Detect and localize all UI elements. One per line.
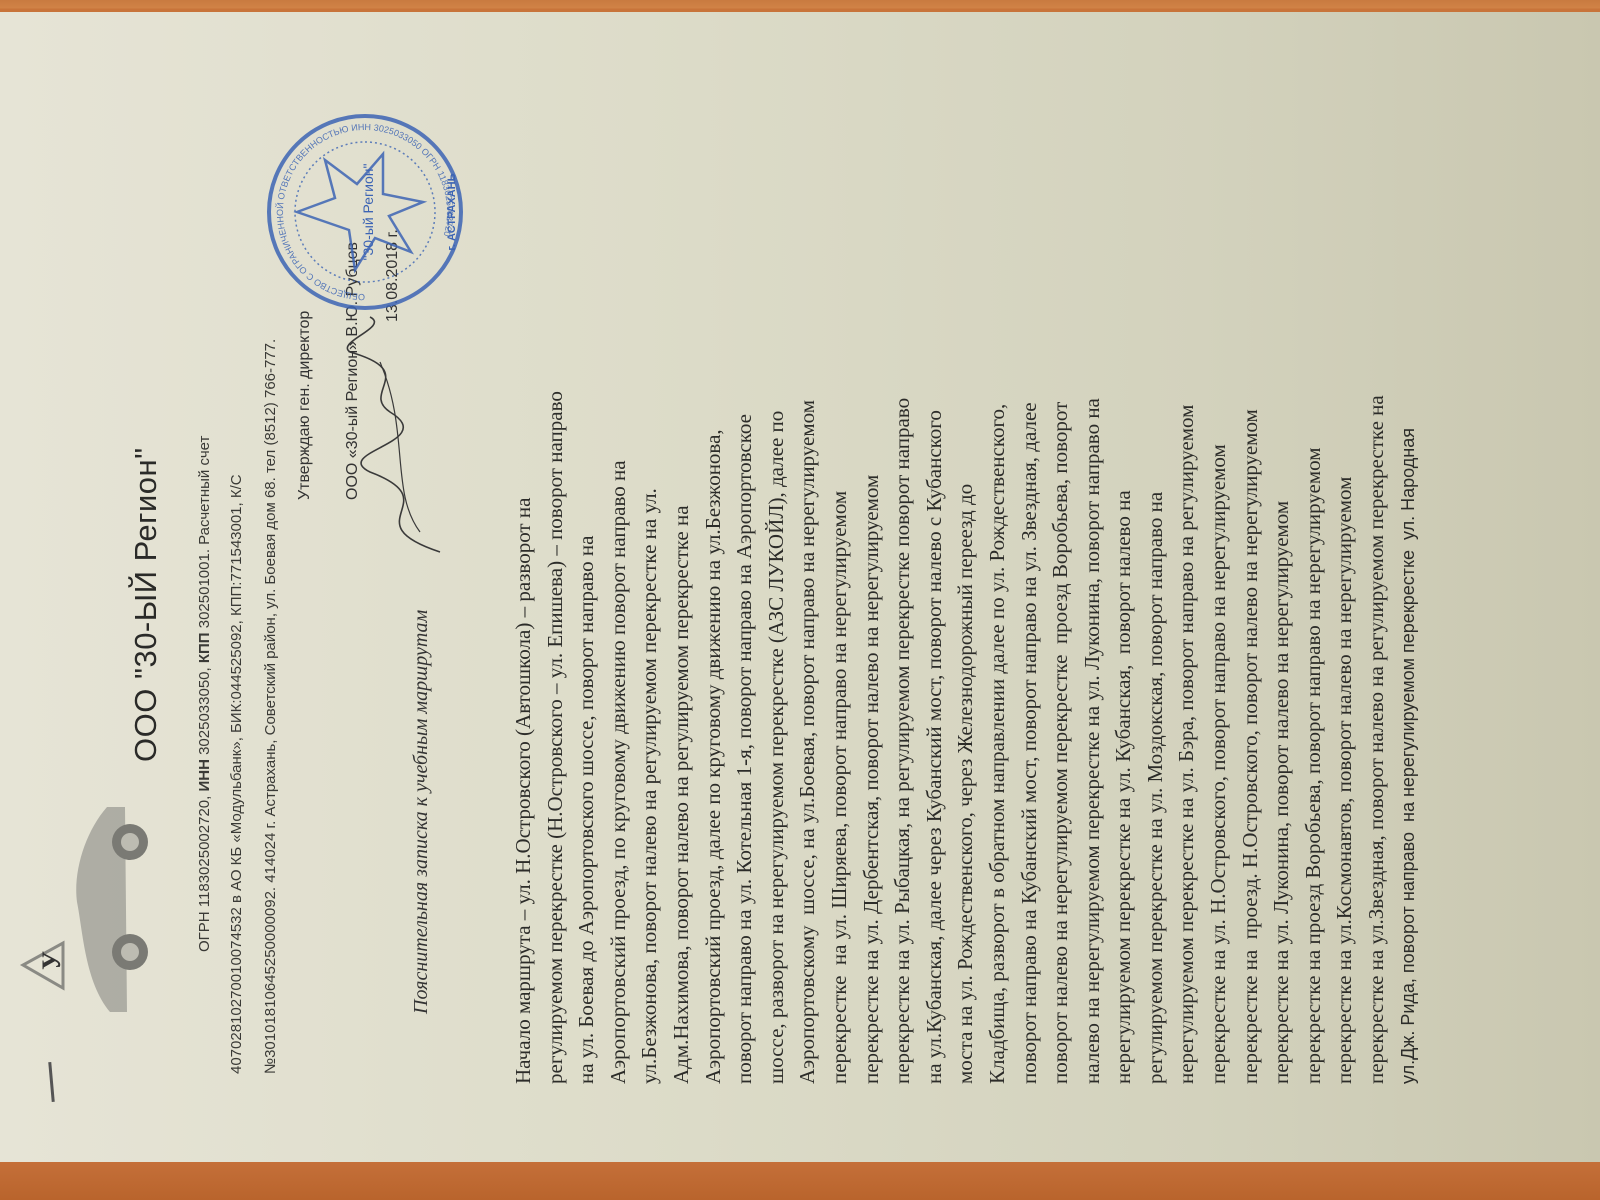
driving-school-car-with-triangle-sign-icon: У — [15, 792, 165, 1022]
requisites-line-1: ОГРН 1183025002720, ИНН 3025033050, КПП … — [196, 436, 213, 952]
route-line: Адм.Нахимова, поворот налево на регулиру… — [666, 4, 698, 1084]
route-line: ул.Дж. Рида, поворот направо на нерегули… — [1393, 4, 1425, 1084]
round-company-seal-icon: ОБЩЕСТВО С ОГРАНИЧЕННОЙ ОТВЕТСТВЕННОСТЬЮ… — [265, 112, 465, 312]
route-line: Аэропортовский проезд, далее по круговом… — [698, 4, 730, 1084]
route-line: перекрестке на ул. Рыбацкая, на регулиру… — [887, 4, 919, 1084]
route-line: ул.Безжонова, поворот налево на регулиру… — [634, 4, 666, 1084]
route-line: перекрестке на ул.Космонавтов, поворот н… — [1329, 4, 1361, 1084]
route-line: регулируемом перекрестке (Н.Островского … — [540, 4, 572, 1084]
route-line: моста на ул. Рождественского, через Желе… — [950, 4, 982, 1084]
paper-sheet: У ООО "30-ЫЙ Регион" ОГРН 1183025002720,… — [0, 12, 1600, 1162]
inn-value: 3025033050, — [196, 663, 213, 759]
route-line: перекрестке на проезд Воробьева, поворот… — [1298, 4, 1330, 1084]
requisites-line-3: №30101810645250000092. 414024 г. Астраха… — [262, 339, 279, 1074]
route-line: поворот направо на ул. Котельная 1-я, по… — [729, 4, 761, 1084]
route-line: поворот налево на нерегулируемом перекре… — [1045, 4, 1077, 1084]
route-line: шоссе, разворот на нерегулируемом перекр… — [761, 4, 793, 1084]
route-line: поворот направо на Кубанский мост, повор… — [1014, 4, 1046, 1084]
route-line: нерегулируемом перекрестке на ул. Бэра, … — [1171, 4, 1203, 1084]
kpp-value: 302501001. Расчетный счет — [196, 436, 213, 633]
route-line: на ул.Кубанская, далее через Кубанский м… — [919, 4, 951, 1084]
route-description: Начало маршрута – ул. Н.Островского (Авт… — [508, 4, 1424, 1084]
svg-text:У: У — [37, 951, 66, 970]
route-line: перекрестке на ул. Ширяева, поворот напр… — [824, 4, 856, 1084]
route-line: перекрестке на ул. Н.Островского, поворо… — [1203, 4, 1235, 1084]
route-line: Аэропортовский проезд, по круговому движ… — [603, 4, 635, 1084]
svg-text:"30-ый Регион": "30-ый Регион" — [360, 164, 376, 261]
requisites-line-2: 40702810270010074532 в АО КБ «Модульбанк… — [228, 474, 245, 1074]
inn-label: ИНН — [196, 759, 213, 791]
route-line: налево на нерегулируемом перекрестке на … — [1077, 4, 1109, 1084]
route-line: перекрестке на ул. Луконина, поворот нал… — [1266, 4, 1298, 1084]
document-page: У ООО "30-ЫЙ Регион" ОГРН 1183025002720,… — [0, 12, 1600, 1162]
route-line: Аэропортовскому шоссе, на ул.Боевая, пов… — [792, 4, 824, 1084]
route-line: перекрестке на проезд. Н.Островского, по… — [1235, 4, 1267, 1084]
route-line: регулируемом перекрестке на ул. Моздокск… — [1140, 4, 1172, 1084]
svg-text:г. АСТРАХАНЬ: г. АСТРАХАНЬ — [446, 173, 458, 250]
pen-mark — [48, 1062, 54, 1102]
route-line: перекрестке на ул.Звездная, поворот нале… — [1361, 4, 1393, 1084]
route-line: Кладбища, разворот в обратном направлени… — [982, 4, 1014, 1084]
route-line: Начало маршрута – ул. Н.Островского (Авт… — [508, 4, 540, 1084]
company-name: ООО "30-ЫЙ Регион" — [128, 447, 164, 762]
approval-line: Утверждаю ген. директор — [296, 311, 314, 500]
route-line: на ул. Боевая до Аэропортовского шоссе, … — [571, 4, 603, 1084]
ogrn-text: ОГРН 1183025002720, — [196, 792, 213, 952]
document-title: Пояснительная записка к учебным маршрута… — [410, 610, 433, 1014]
route-line: перекрестке на ул. Дербентская, поворот … — [856, 4, 888, 1084]
kpp-label: КПП — [196, 632, 213, 663]
route-line: нерегулируемом перекрестке на ул. Кубанс… — [1108, 4, 1140, 1084]
